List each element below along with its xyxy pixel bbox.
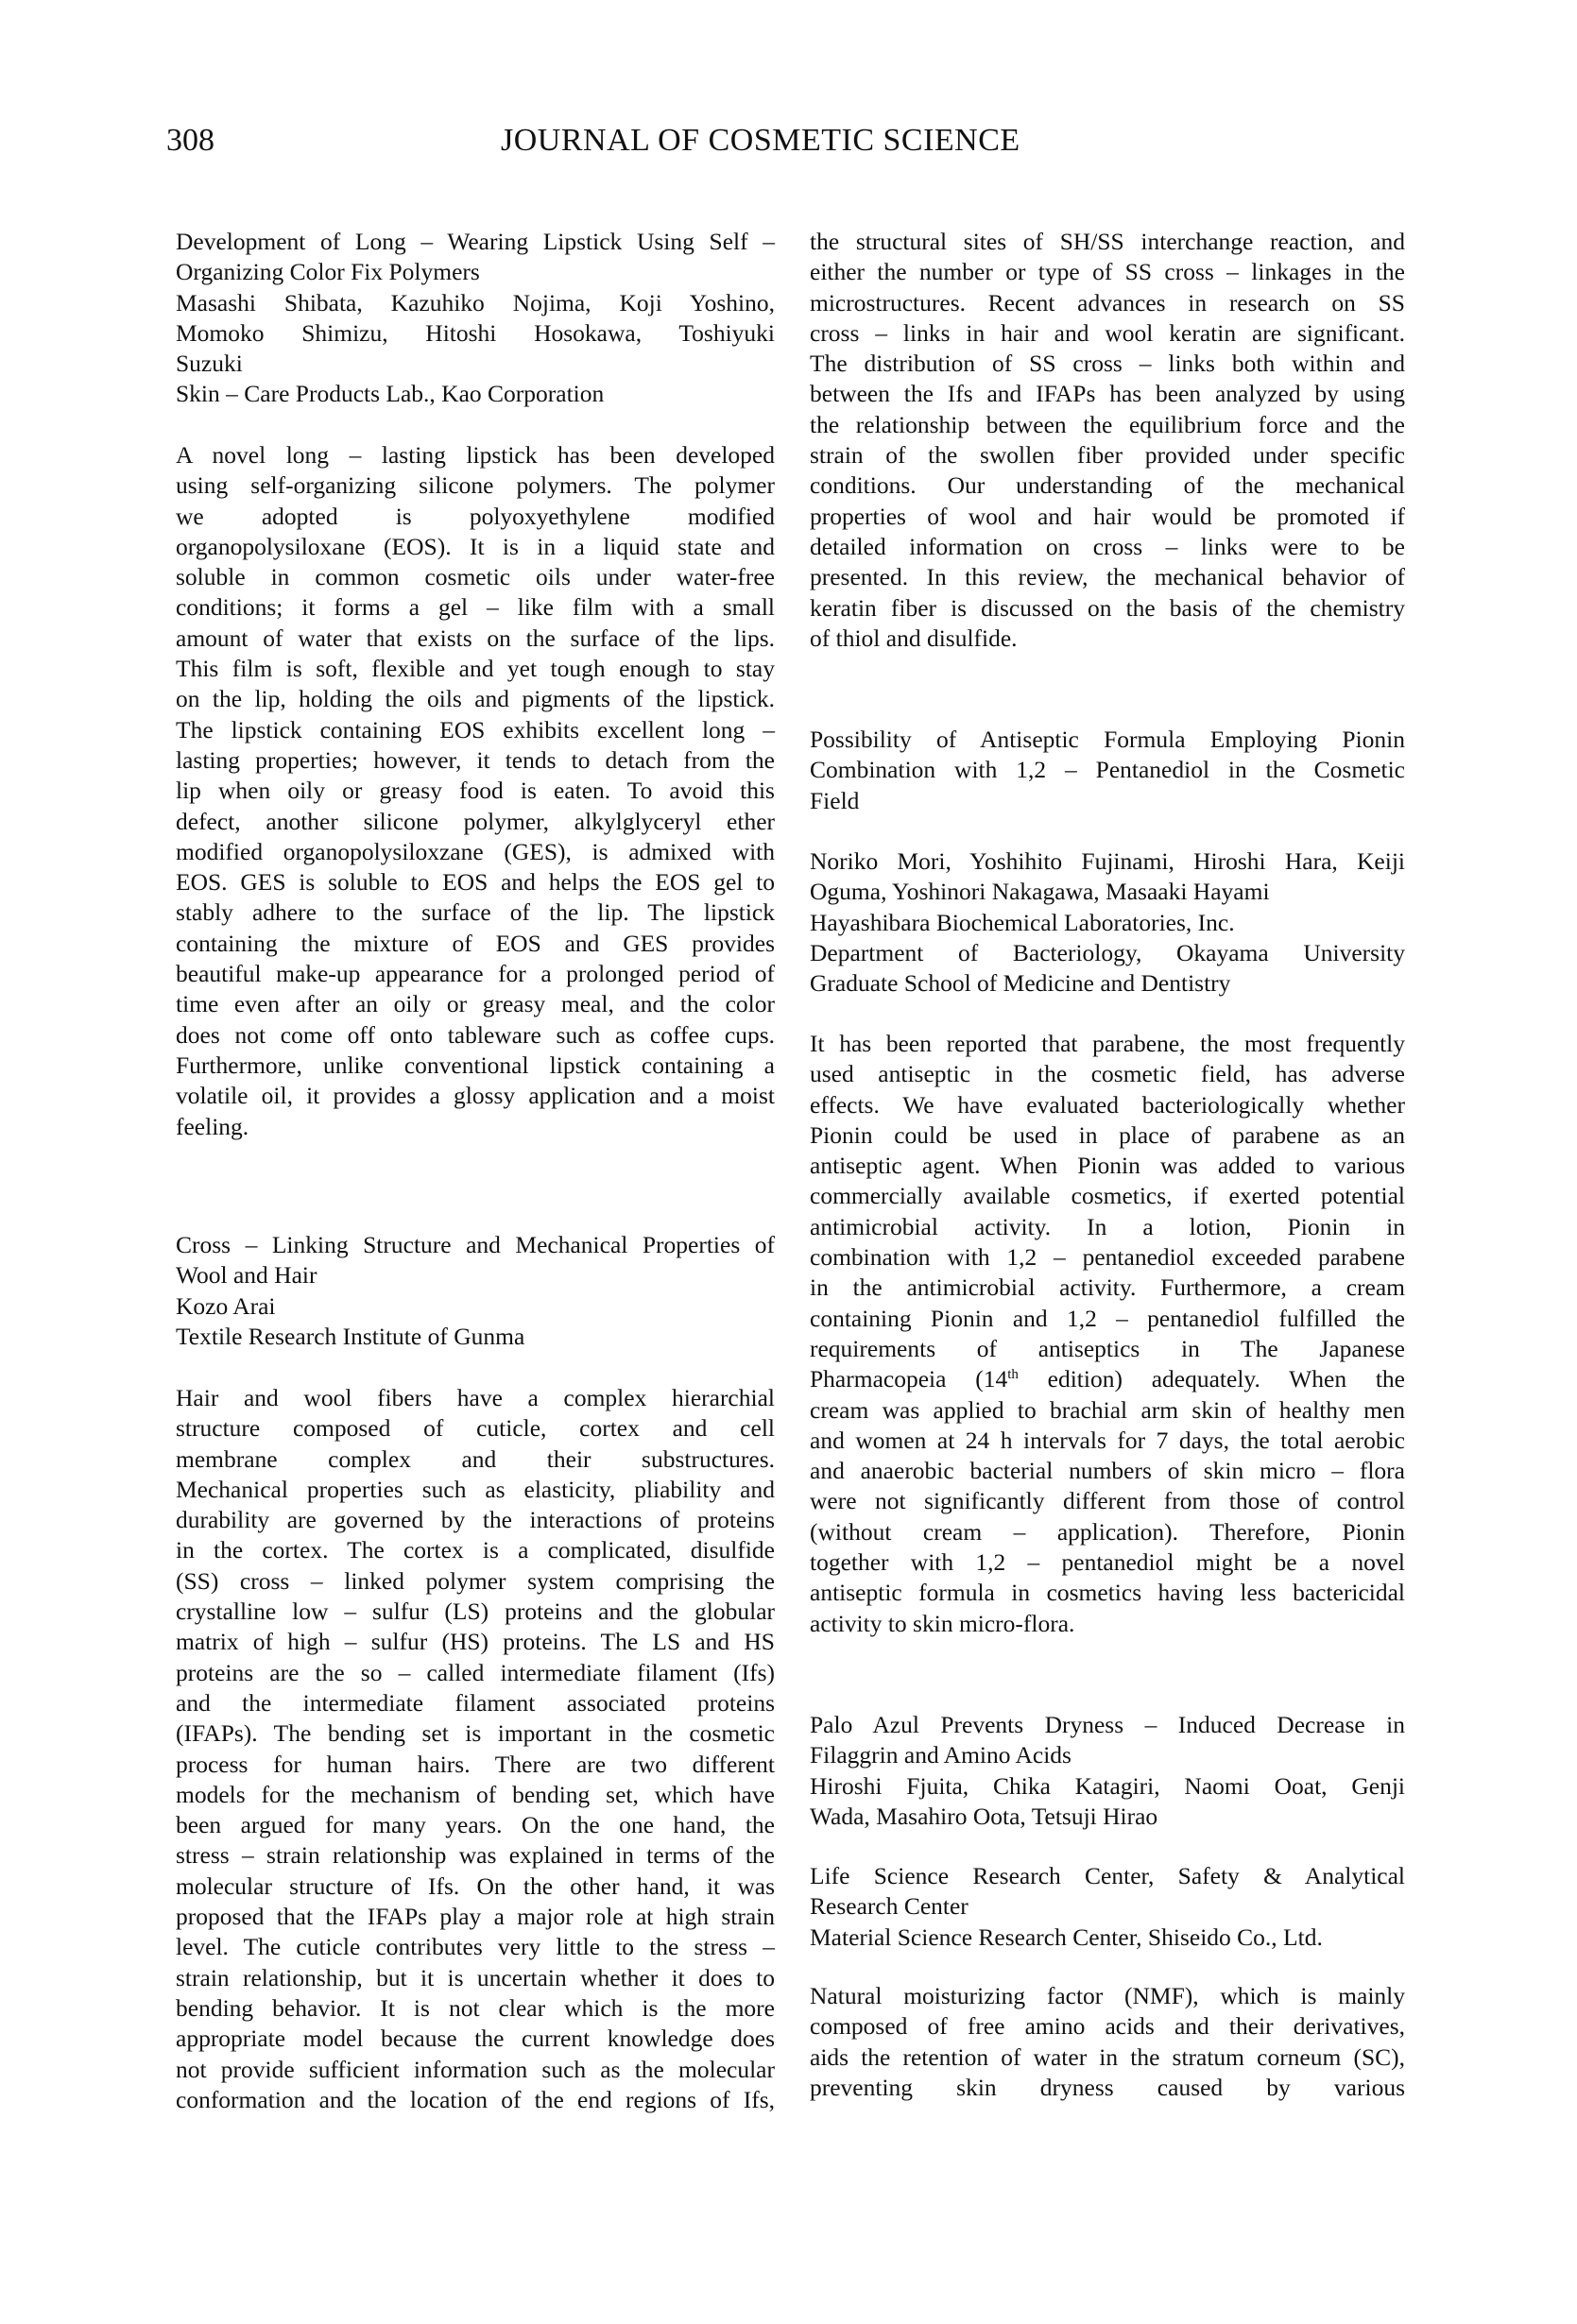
article-affiliation-line: Department of Bacteriology, Okayama Univ…: [810, 938, 1405, 968]
abstract-line: preventing skin dryness caused by variou…: [810, 2073, 1405, 2103]
abstract-line: in the antimicrobial activity. Furthermo…: [810, 1273, 1405, 1303]
abstract-line: antiseptic formula in cosmetics having l…: [810, 1578, 1405, 1608]
abstract-line: volatile oil, it provides a glossy appli…: [176, 1081, 775, 1111]
abstract-line: proposed that the IFAPs play a major rol…: [176, 1902, 775, 1932]
article-4-affiliations: Life Science Research Center, Safety & A…: [810, 1861, 1405, 1953]
article-1-heading: Development of Long – Wearing Lipstick U…: [176, 227, 775, 410]
abstract-line: the relationship between the equilibrium…: [810, 410, 1405, 440]
article-3-abstract: It has been reported that parabene, the …: [810, 1029, 1405, 1639]
article-title-line: Filaggrin and Amino Acids: [810, 1740, 1405, 1770]
article-3-heading: Possibility of Antiseptic Formula Employ…: [810, 725, 1405, 816]
article-affiliation-line: Hayashibara Biochemical Laboratories, In…: [810, 908, 1405, 938]
abstract-line: EOS. GES is soluble to EOS and helps the…: [176, 867, 775, 897]
abstract-line: proteins are the so – called intermediat…: [176, 1658, 775, 1688]
article-affiliation-line: Research Center: [810, 1891, 1405, 1922]
abstract-line: appropriate model because the current kn…: [176, 2024, 775, 2054]
abstract-line: Pionin could be used in place of paraben…: [810, 1120, 1405, 1151]
abstract-line: molecular structure of Ifs. On the other…: [176, 1871, 775, 1902]
article-3-authors: Noriko Mori, Yoshihito Fujinami, Hiroshi…: [810, 846, 1405, 999]
abstract-line: conditions. Our understanding of the mec…: [810, 470, 1405, 501]
abstract-line: (without cream – application). Therefore…: [810, 1517, 1405, 1547]
abstract-line: lip when oily or greasy food is eaten. T…: [176, 776, 775, 806]
abstract-line: matrix of high – sulfur (HS) proteins. T…: [176, 1627, 775, 1657]
abstract-line: we adopted is polyoxyethylene modified: [176, 502, 775, 532]
article-title-line: Possibility of Antiseptic Formula Employ…: [810, 725, 1405, 755]
article-title-line: Wool and Hair: [176, 1260, 775, 1290]
abstract-line: conformation and the location of the end…: [176, 2085, 775, 2115]
abstract-line: beautiful make-up appearance for a prolo…: [176, 959, 775, 989]
abstract-line: amount of water that exists on the surfa…: [176, 624, 775, 654]
abstract-line: Natural moisturizing factor (NMF), which…: [810, 1981, 1405, 2011]
article-authors-line: Kozo Arai: [176, 1291, 775, 1322]
article-affiliation-line: Textile Research Institute of Gunma: [176, 1322, 775, 1352]
abstract-line: requirements of antiseptics in The Japan…: [810, 1334, 1405, 1364]
abstract-line: on the lip, holding the oils and pigment…: [176, 684, 775, 714]
abstract-line: A novel long – lasting lipstick has been…: [176, 440, 775, 470]
abstract-line: cream was applied to brachial arm skin o…: [810, 1395, 1405, 1426]
abstract-line: activity to skin micro-flora.: [810, 1609, 1405, 1639]
abstract-line: strain relationship, but it is uncertain…: [176, 1963, 775, 1993]
abstract-line: conditions; it forms a gel – like film w…: [176, 592, 775, 623]
abstract-line: defect, another silicone polymer, alkylg…: [176, 807, 775, 837]
abstract-line: The distribution of SS cross – links bot…: [810, 349, 1405, 379]
abstract-line: membrane complex and their substructures…: [176, 1444, 775, 1475]
article-authors-line: Noriko Mori, Yoshihito Fujinami, Hiroshi…: [810, 846, 1405, 877]
article-authors-line: Oguma, Yoshinori Nakagawa, Masaaki Hayam…: [810, 877, 1405, 907]
abstract-line: keratin fiber is discussed on the basis …: [810, 593, 1405, 624]
abstract-line: This film is soft, flexible and yet toug…: [176, 654, 775, 684]
abstract-line: feeling.: [176, 1112, 775, 1142]
abstract-line-pharmacopeia: Pharmacopeia (14th edition) adequately. …: [810, 1364, 1405, 1394]
article-authors-line: Momoko Shimizu, Hitoshi Hosokawa, Toshiy…: [176, 318, 775, 349]
superscript: th: [1007, 1367, 1019, 1382]
abstract-line: crystalline low – sulfur (LS) proteins a…: [176, 1597, 775, 1627]
abstract-line: antiseptic agent. When Pionin was added …: [810, 1151, 1405, 1181]
abstract-line: (SS) cross – linked polymer system compr…: [176, 1566, 775, 1597]
abstract-line: structure composed of cuticle, cortex an…: [176, 1413, 775, 1444]
abstract-line: durability are governed by the interacti…: [176, 1505, 775, 1535]
article-title-line: Field: [810, 786, 1405, 816]
abstract-line: time even after an oily or greasy meal, …: [176, 989, 775, 1019]
article-affiliation-line: Life Science Research Center, Safety & A…: [810, 1861, 1405, 1891]
article-title-line: Cross – Linking Structure and Mechanical…: [176, 1230, 775, 1260]
article-authors-line: Hiroshi Fjuita, Chika Katagiri, Naomi Oo…: [810, 1771, 1405, 1802]
journal-title: JOURNAL OF COSMETIC SCIENCE: [501, 123, 1020, 159]
abstract-line: microstructures. Recent advances in rese…: [810, 288, 1405, 318]
abstract-line: organopolysiloxane (EOS). It is in a liq…: [176, 532, 775, 562]
abstract-line: detailed information on cross – links we…: [810, 532, 1405, 562]
abstract-line: and anaerobic bacterial numbers of skin …: [810, 1456, 1405, 1486]
page-number: 308: [166, 123, 214, 159]
abstract-line: aids the retention of water in the strat…: [810, 2042, 1405, 2073]
article-affiliation-line: Skin – Care Products Lab., Kao Corporati…: [176, 379, 775, 409]
abstract-line: lasting properties; however, it tends to…: [176, 745, 775, 776]
abstract-line: level. The cuticle contributes very litt…: [176, 1932, 775, 1962]
abstract-line: between the Ifs and IFAPs has been analy…: [810, 379, 1405, 409]
abstract-line: commercially available cosmetics, if exe…: [810, 1181, 1405, 1211]
article-4-heading: Palo Azul Prevents Dryness – Induced Dec…: [810, 1710, 1405, 1832]
abstract-line: does not come off onto tableware such as…: [176, 1020, 775, 1051]
abstract-line: been argued for many years. On the one h…: [176, 1810, 775, 1840]
article-2-abstract-continued: the structural sites of SH/SS interchang…: [810, 227, 1405, 654]
abstract-line: presented. In this review, the mechanica…: [810, 562, 1405, 592]
abstract-line: composed of free amino acids and their d…: [810, 2011, 1405, 2042]
abstract-line: effects. We have evaluated bacteriologic…: [810, 1090, 1405, 1120]
article-2-abstract: Hair and wool fibers have a complex hier…: [176, 1383, 775, 2115]
abstract-line: were not significantly different from th…: [810, 1486, 1405, 1516]
abstract-line: bending behavior. It is not clear which …: [176, 1993, 775, 2024]
abstract-line: and women at 24 h intervals for 7 days, …: [810, 1426, 1405, 1456]
abstract-line: used antiseptic in the cosmetic field, h…: [810, 1059, 1405, 1089]
article-1-abstract: A novel long – lasting lipstick has been…: [176, 440, 775, 1142]
abstract-line: in the cortex. The cortex is a complicat…: [176, 1535, 775, 1565]
abstract-line: of thiol and disulfide.: [810, 624, 1405, 654]
article-authors-line: Wada, Masahiro Oota, Tetsuji Hirao: [810, 1802, 1405, 1832]
abstract-line: together with 1,2 – pentanediol might be…: [810, 1547, 1405, 1578]
article-authors-line: Masashi Shibata, Kazuhiko Nojima, Koji Y…: [176, 288, 775, 318]
abstract-line: properties of wool and hair would be pro…: [810, 502, 1405, 532]
abstract-line: using self-organizing silicone polymers.…: [176, 470, 775, 501]
abstract-line: (IFAPs). The bending set is important in…: [176, 1718, 775, 1749]
article-authors-line: Suzuki: [176, 349, 775, 379]
article-4-abstract: Natural moisturizing factor (NMF), which…: [810, 1981, 1405, 2103]
abstract-line: not provide sufficient information such …: [176, 2055, 775, 2085]
abstract-text: Pharmacopeia (14: [810, 1365, 1007, 1393]
abstract-line: Hair and wool fibers have a complex hier…: [176, 1383, 775, 1413]
abstract-line: combination with 1,2 – pentanediol excee…: [810, 1242, 1405, 1273]
article-title-line: Organizing Color Fix Polymers: [176, 257, 775, 287]
abstract-line: soluble in common cosmetic oils under wa…: [176, 562, 775, 592]
abstract-line: strain of the swollen fiber provided und…: [810, 440, 1405, 470]
article-title-line: Combination with 1,2 – Pentanediol in th…: [810, 755, 1405, 785]
abstract-line: modified organopolysiloxzane (GES), is a…: [176, 837, 775, 867]
abstract-line: and the intermediate filament associated…: [176, 1688, 775, 1718]
abstract-line: stably adhere to the surface of the lip.…: [176, 897, 775, 928]
abstract-line: containing Pionin and 1,2 – pentanediol …: [810, 1304, 1405, 1334]
abstract-line: The lipstick containing EOS exhibits exc…: [176, 715, 775, 745]
article-affiliation-line: Material Science Research Center, Shisei…: [810, 1922, 1405, 1953]
article-2-heading: Cross – Linking Structure and Mechanical…: [176, 1230, 775, 1352]
article-title-line: Palo Azul Prevents Dryness – Induced Dec…: [810, 1710, 1405, 1740]
abstract-line: stress – strain relationship was explain…: [176, 1840, 775, 1871]
abstract-line: process for human hairs. There are two d…: [176, 1750, 775, 1780]
abstract-line: either the number or type of SS cross – …: [810, 257, 1405, 287]
abstract-line: cross – links in hair and wool keratin a…: [810, 318, 1405, 349]
article-title-line: Development of Long – Wearing Lipstick U…: [176, 227, 775, 257]
abstract-line: models for the mechanism of bending set,…: [176, 1780, 775, 1810]
abstract-line: Furthermore, unlike conventional lipstic…: [176, 1051, 775, 1081]
abstract-line: the structural sites of SH/SS interchang…: [810, 227, 1405, 257]
article-affiliation-line: Graduate School of Medicine and Dentistr…: [810, 968, 1405, 999]
abstract-line: antimicrobial activity. In a lotion, Pio…: [810, 1212, 1405, 1242]
abstract-line: Mechanical properties such as elasticity…: [176, 1475, 775, 1505]
abstract-line: It has been reported that parabene, the …: [810, 1029, 1405, 1059]
abstract-text: edition) adequately. When the: [1019, 1365, 1405, 1393]
abstract-line: containing the mixture of EOS and GES pr…: [176, 929, 775, 959]
